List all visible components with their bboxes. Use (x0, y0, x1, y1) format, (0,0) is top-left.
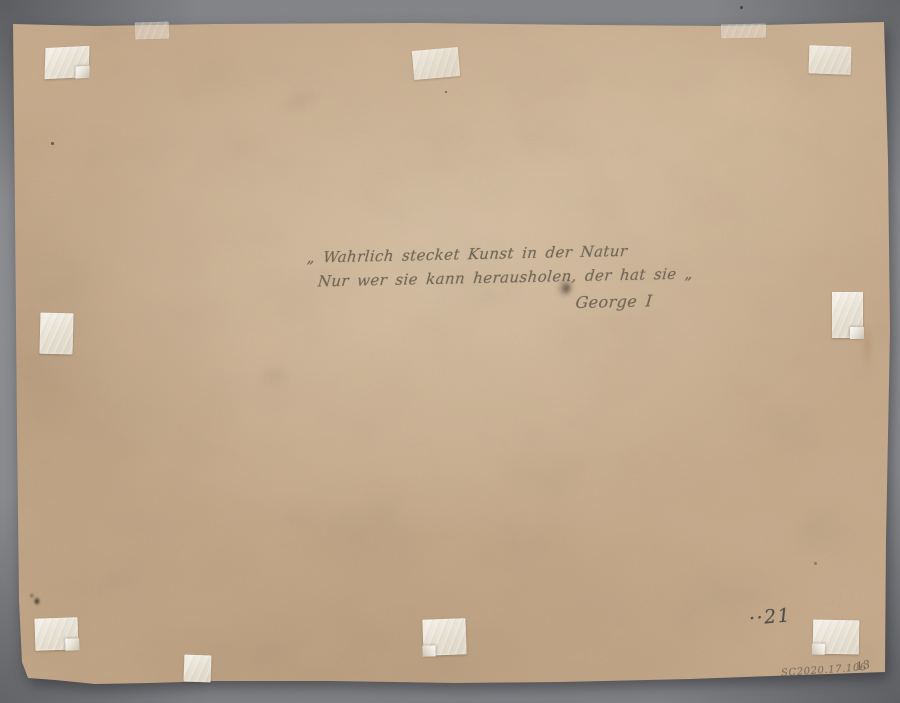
tape-top-right (809, 45, 852, 74)
inscription-line-2: Nur wer sie kann herausholen, der hat si… (317, 265, 694, 291)
faint-smudge (248, 64, 353, 139)
paper-mottling-texture (0, 0, 900, 703)
handwritten-inscription: „ Wahrlich stecket Kunst in der Natur Nu… (296, 239, 663, 337)
collection-number: ··21 (748, 604, 792, 630)
speck (445, 91, 447, 93)
dark-spot (27, 591, 43, 608)
paper-shadow-wrapper: „ Wahrlich stecket Kunst in der Natur Nu… (0, 0, 900, 703)
tape-bottom-left (34, 617, 78, 650)
accession-number: SC2020.17.106 (781, 662, 867, 679)
inscription-line-1: „ Wahrlich stecket Kunst in der Natur (306, 242, 628, 267)
inscription-attribution: George I (575, 291, 653, 312)
artwork-verso-paper: „ Wahrlich stecket Kunst in der Natur Nu… (0, 0, 900, 703)
tape-top-left (44, 46, 89, 79)
speck (740, 6, 743, 9)
tape-left-middle (39, 313, 73, 355)
tape-top-middle (412, 47, 460, 80)
green-speck (814, 562, 817, 565)
tape-bottom-edge-left (184, 655, 212, 683)
tape-bottom-right (813, 620, 860, 655)
mat-background: „ Wahrlich stecket Kunst in der Natur Nu… (0, 0, 900, 703)
faint-smudge (243, 352, 307, 400)
tape-bottom-middle (422, 618, 466, 655)
tape-right-middle (832, 292, 863, 338)
tape-top-left-edge (135, 22, 169, 40)
speck (51, 142, 54, 145)
tape-top-right-edge (721, 24, 766, 39)
sheet-number: 13 (855, 658, 871, 673)
